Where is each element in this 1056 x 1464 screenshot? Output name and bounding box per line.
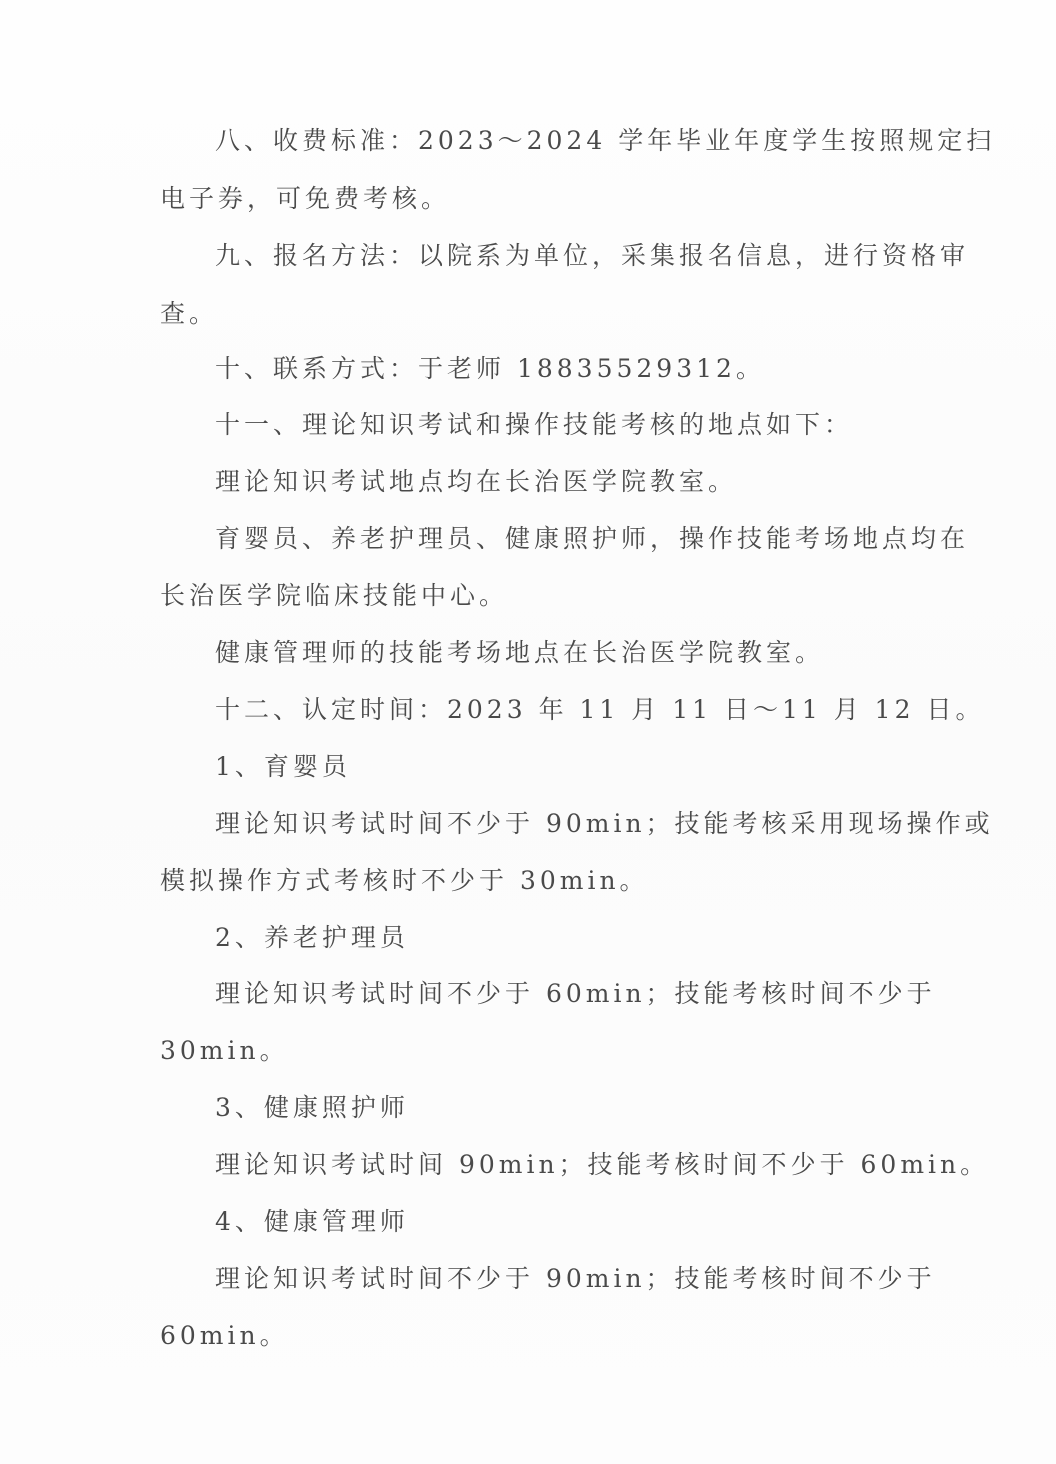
section-11-theory-location: 理论知识考试地点均在长治医学院教室。 bbox=[215, 467, 737, 497]
section-11-skills-location-cont: 长治医学院临床技能中心。 bbox=[160, 581, 508, 611]
section-12-certification-time: 十二、认定时间：2023 年 11 月 11 日～11 月 12 日。 bbox=[215, 695, 984, 725]
section-11-locations-heading: 十一、理论知识考试和操作技能考核的地点如下： bbox=[215, 410, 853, 440]
item-1-childcare-duration-cont: 模拟操作方式考核时不少于 30min。 bbox=[160, 866, 649, 896]
section-8-fee-standard: 八、收费标准：2023～2024 学年毕业年度学生按照规定扫 bbox=[215, 126, 995, 156]
item-2-elderly-care-heading: 2、养老护理员 bbox=[215, 923, 409, 953]
section-11-health-manager-location: 健康管理师的技能考场地点在长治医学院教室。 bbox=[215, 638, 824, 668]
item-4-health-manager-duration-cont: 60min。 bbox=[160, 1321, 289, 1351]
item-1-childcare-duration: 理论知识考试时间不少于 90min；技能考核采用现场操作或 bbox=[215, 809, 994, 839]
item-3-health-care-duration: 理论知识考试时间 90min；技能考核时间不少于 60min。 bbox=[215, 1150, 989, 1180]
item-2-elderly-care-duration: 理论知识考试时间不少于 60min；技能考核时间不少于 bbox=[215, 979, 936, 1009]
item-3-health-care-heading: 3、健康照护师 bbox=[215, 1093, 409, 1123]
section-9-registration-method-cont: 查。 bbox=[160, 299, 218, 329]
item-1-childcare-heading: 1、育婴员 bbox=[215, 752, 351, 782]
item-4-health-manager-duration: 理论知识考试时间不少于 90min；技能考核时间不少于 bbox=[215, 1264, 936, 1294]
section-9-registration-method: 九、报名方法：以院系为单位，采集报名信息，进行资格审 bbox=[215, 241, 969, 271]
section-10-contact: 十、联系方式：于老师 18835529312。 bbox=[215, 354, 765, 384]
document-page: 八、收费标准：2023～2024 学年毕业年度学生按照规定扫 电子券，可免费考核… bbox=[0, 0, 1056, 1464]
item-2-elderly-care-duration-cont: 30min。 bbox=[160, 1036, 289, 1066]
section-8-fee-standard-cont: 电子券，可免费考核。 bbox=[160, 184, 450, 214]
item-4-health-manager-heading: 4、健康管理师 bbox=[215, 1207, 409, 1237]
section-11-skills-location: 育婴员、养老护理员、健康照护师，操作技能考场地点均在 bbox=[215, 524, 969, 554]
